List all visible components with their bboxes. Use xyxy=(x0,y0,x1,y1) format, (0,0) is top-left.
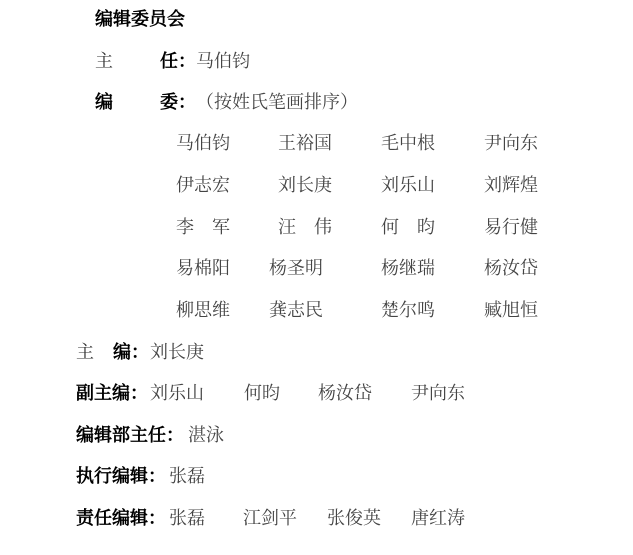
member-name: 龚志民 xyxy=(269,300,323,322)
deputy-editors-line: 副主编： 刘乐山 何昀 杨汝岱 尹向东 xyxy=(76,383,148,405)
responsible-editors-label: 责任编辑： xyxy=(76,508,166,529)
deputy-editor-name: 尹向东 xyxy=(411,383,465,405)
member-name: 杨圣明 xyxy=(269,258,323,280)
executive-editor-line: 执行编辑： 张磊 xyxy=(76,466,166,488)
director-value: 马伯钧 xyxy=(196,51,250,73)
member-name: 刘辉煌 xyxy=(484,175,538,197)
responsible-editor-name: 张磊 xyxy=(169,508,205,530)
director-line: 主 任： 马伯钧 xyxy=(95,51,113,73)
members-note: （按姓氏笔画排序） xyxy=(196,92,358,114)
deputy-editor-name: 何昀 xyxy=(244,383,280,405)
members-line: 编 委： （按姓氏笔画排序） xyxy=(95,92,113,114)
member-name: 汪 伟 xyxy=(278,217,332,239)
member-name: 何 昀 xyxy=(381,217,435,239)
responsible-editor-name: 唐红涛 xyxy=(411,508,465,530)
page-title: 编辑委员会 xyxy=(95,9,185,31)
editor-in-chief-line: 主 编： 刘长庚 xyxy=(76,342,94,364)
executive-editor-label: 执行编辑： xyxy=(76,466,166,487)
dept-director-label: 编辑部主任： xyxy=(76,425,184,446)
member-name: 刘乐山 xyxy=(381,175,435,197)
member-name: 伊志宏 xyxy=(176,175,230,197)
member-name: 易棉阳 xyxy=(176,258,230,280)
responsible-editors-line: 责任编辑： 张磊 江剑平 张俊英 唐红涛 xyxy=(76,508,166,530)
responsible-editor-name: 张俊英 xyxy=(327,508,381,530)
member-name: 易行健 xyxy=(484,217,538,239)
members-label-2: 委： xyxy=(160,92,196,114)
member-name: 马伯钧 xyxy=(176,133,230,155)
members-label-1: 编 xyxy=(95,92,113,113)
deputy-editor-name: 刘乐山 xyxy=(150,383,204,405)
member-name: 杨汝岱 xyxy=(484,258,538,280)
member-name: 王裕国 xyxy=(278,133,332,155)
editor-in-chief-value: 刘长庚 xyxy=(150,342,204,364)
member-name: 柳思维 xyxy=(176,300,230,322)
member-name: 李 军 xyxy=(176,217,230,239)
executive-editor-value: 张磊 xyxy=(169,466,205,488)
dept-director-value: 湛泳 xyxy=(188,425,224,447)
member-name: 尹向东 xyxy=(484,133,538,155)
member-name: 楚尔鸣 xyxy=(381,300,435,322)
director-label-2: 任： xyxy=(160,51,196,73)
responsible-editor-name: 江剑平 xyxy=(243,508,297,530)
member-name: 臧旭恒 xyxy=(484,300,538,322)
member-name: 杨继瑞 xyxy=(381,258,435,280)
editor-in-chief-label-2: 编： xyxy=(113,342,149,364)
dept-director-line: 编辑部主任： 湛泳 xyxy=(76,425,184,447)
deputy-editors-label: 副主编： xyxy=(76,383,148,404)
director-label-1: 主 xyxy=(95,51,113,72)
editor-in-chief-label-1: 主 xyxy=(76,342,94,363)
deputy-editor-name: 杨汝岱 xyxy=(318,383,372,405)
member-name: 毛中根 xyxy=(381,133,435,155)
member-name: 刘长庚 xyxy=(278,175,332,197)
